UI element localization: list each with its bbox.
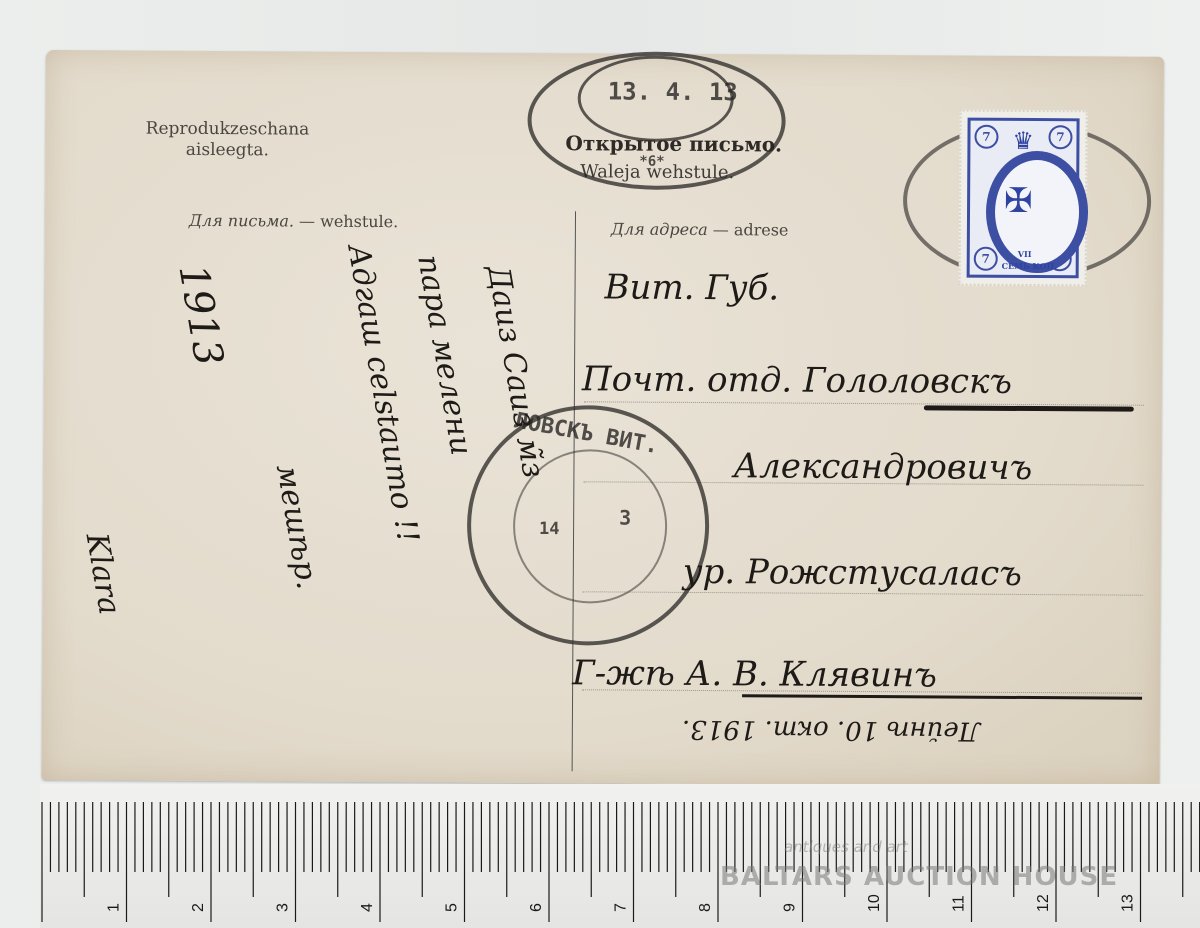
postcard: Reprodukzeschana aisleegta. Для письма. …	[42, 50, 1164, 787]
svg-text:1: 1	[106, 903, 123, 912]
letter-line-3: Адгаш celstaumo !!	[340, 242, 425, 545]
underline	[924, 405, 1134, 411]
address-section-label: Для адреса — adrese	[611, 219, 789, 239]
svg-text:5: 5	[444, 903, 461, 912]
stamp-oval	[986, 151, 1089, 274]
date-note: 1913	[169, 261, 231, 369]
address-line-1: Вит. Губ.	[604, 267, 779, 308]
postmark-center-day: 14	[539, 519, 560, 539]
address-line-3: Александровичъ	[733, 446, 1032, 488]
publisher-header: Reprodukzeschana aisleegta.	[117, 118, 337, 161]
svg-text:3: 3	[275, 903, 292, 912]
stamp-frame: 7 7 7 7 ♛ ✠ VII СЕМЬ КОП.	[967, 118, 1080, 279]
publisher-header-line-1: Reprodukzeschana	[117, 118, 337, 140]
address-line-2: Почт. отд. Гололовскъ	[582, 359, 1012, 402]
svg-text:12: 12	[1035, 894, 1052, 912]
double-headed-eagle-icon: ✠	[1004, 181, 1033, 221]
postage-stamp: 7 7 7 7 ♛ ✠ VII СЕМЬ КОП.	[959, 110, 1088, 287]
publisher-header-line-2: aisleegta.	[117, 139, 337, 161]
watermark-tagline: antiques and art	[784, 838, 908, 856]
ruler: 1234567891011121314	[40, 784, 1200, 928]
letter-line-2: пара мелени	[410, 252, 478, 457]
svg-text:10: 10	[866, 894, 883, 912]
ruler-ticks: 1234567891011121314	[40, 784, 1200, 928]
stamp-value-text: СЕМЬ КОП.	[1002, 261, 1057, 271]
address-label-ru: Для адреса	[611, 219, 708, 239]
postmark-top-star: *6*	[639, 154, 664, 170]
separator: —	[294, 212, 320, 231]
inverted-date-note: Лейнѣ 10. окт. 1913.	[682, 714, 981, 746]
svg-text:8: 8	[697, 903, 714, 912]
letter-line-1: Даиз Саиз м̃з	[480, 263, 551, 481]
svg-text:11: 11	[951, 895, 968, 912]
letter-label-lv: wehstule.	[320, 212, 398, 231]
svg-text:13: 13	[1120, 894, 1137, 912]
address-line-4: ур. Рожстусаласъ	[683, 552, 1022, 594]
letter-line-4: мешѣр.	[269, 462, 325, 592]
letter-section-label: Для письма. — wehstule.	[189, 211, 398, 231]
svg-text:7: 7	[613, 903, 630, 912]
stamp-plate-mark: VII	[1018, 249, 1032, 259]
stamp-corner-value: 7	[1048, 125, 1072, 149]
svg-text:4: 4	[359, 903, 376, 912]
signature: Klara	[79, 530, 127, 617]
watermark-logo: BALTARS AUCTION HOUSE	[720, 862, 1118, 892]
address-line-5: Г-жѣ А. В. Клявинъ	[572, 653, 937, 695]
underline	[742, 694, 1142, 699]
svg-text:2: 2	[190, 903, 207, 912]
svg-text:9: 9	[782, 903, 799, 912]
postmark-center-month: 3	[619, 506, 631, 530]
svg-text:6: 6	[528, 903, 545, 912]
stamp-corner-value: 7	[974, 247, 998, 271]
letter-label-ru: Для письма.	[189, 211, 294, 231]
stamp-corner-value: 7	[974, 125, 998, 149]
address-dotted-line	[584, 401, 1144, 405]
address-label-lv: adrese	[734, 220, 789, 239]
separator: —	[708, 220, 734, 239]
postmark-top-date: 13. 4. 13	[608, 77, 738, 106]
